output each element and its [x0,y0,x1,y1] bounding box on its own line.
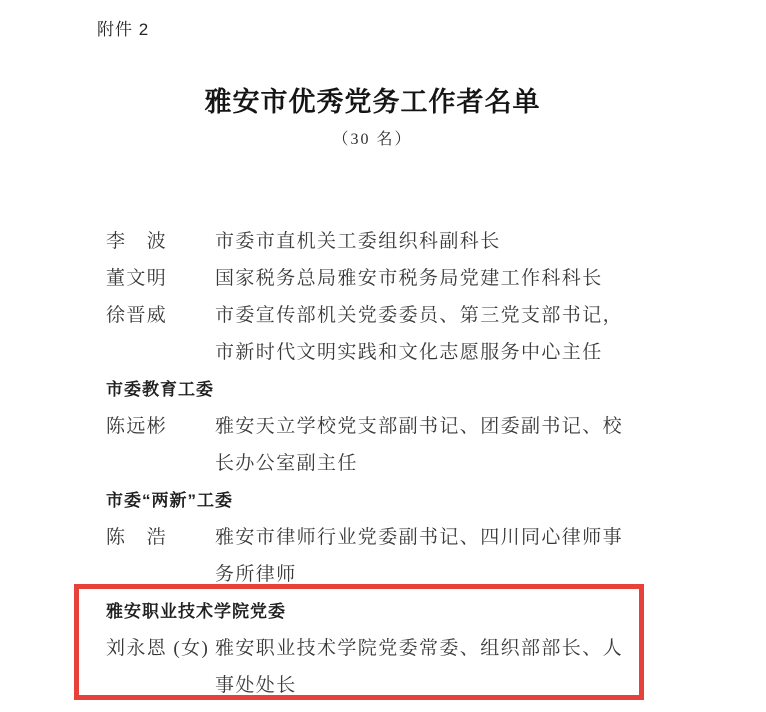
position-line: 事处处长 [215,667,686,704]
person-name: 陈远彬 [106,408,215,445]
person-position: 市委宣传部机关党委委员、第三党支部书记， 市新时代文明实践和文化志愿服务中心主任 [215,297,686,371]
position-line: 长办公室副主任 [215,445,686,482]
position-line: 国家税务总局雅安市税务局党建工作科科长 [215,260,686,297]
position-line: 雅安市律师行业党委副书记、四川同心律师事 [215,519,686,556]
person-position: 雅安市律师行业党委副书记、四川同心律师事 务所律师 [215,519,686,593]
person-name: 陈 浩 [106,519,215,556]
position-line: 市委宣传部机关党委委员、第三党支部书记， [215,297,686,334]
position-line: 雅安天立学校党支部副书记、团委副书记、校 [215,408,686,445]
document-subtitle: （30 名） [0,126,745,149]
person-position: 雅安天立学校党支部副书记、团委副书记、校 长办公室副主任 [215,408,686,482]
attachment-label: 附件 2 [97,15,149,40]
award-list: 李 波 市委市直机关工委组织科副科长 董文明 国家税务总局雅安市税务局党建工作科… [106,223,686,704]
person-position: 雅安职业技术学院党委常委、组织部部长、人 事处处长 [215,630,686,704]
person-position: 市委市直机关工委组织科副科长 [215,223,686,260]
person-position: 国家税务总局雅安市税务局党建工作科科长 [215,260,686,297]
person-name: 徐晋威 [106,297,215,334]
list-entry: 徐晋威 市委宣传部机关党委委员、第三党支部书记， 市新时代文明实践和文化志愿服务… [106,297,686,371]
list-entry: 刘永恩 (女) 雅安职业技术学院党委常委、组织部部长、人 事处处长 [106,630,686,704]
section-header-liangxin: 市委“两新”工委 [106,482,686,519]
section-header-education: 市委教育工委 [106,371,686,408]
position-line: 市新时代文明实践和文化志愿服务中心主任 [215,334,686,371]
person-name: 董文明 [106,260,215,297]
document-page: 附件 2 雅安市优秀党务工作者名单 （30 名） 李 波 市委市直机关工委组织科… [0,0,766,712]
list-entry: 李 波 市委市直机关工委组织科副科长 [106,223,686,260]
position-line: 市委市直机关工委组织科副科长 [215,223,686,260]
person-name: 刘永恩 (女) [106,630,215,667]
position-line: 务所律师 [215,556,686,593]
document-title: 雅安市优秀党务工作者名单 [0,80,745,119]
list-entry: 陈 浩 雅安市律师行业党委副书记、四川同心律师事 务所律师 [106,519,686,593]
list-entry: 董文明 国家税务总局雅安市税务局党建工作科科长 [106,260,686,297]
list-entry: 陈远彬 雅安天立学校党支部副书记、团委副书记、校 长办公室副主任 [106,408,686,482]
section-header-vocational-college: 雅安职业技术学院党委 [106,593,686,630]
person-name: 李 波 [106,223,215,260]
position-line: 雅安职业技术学院党委常委、组织部部长、人 [215,630,686,667]
